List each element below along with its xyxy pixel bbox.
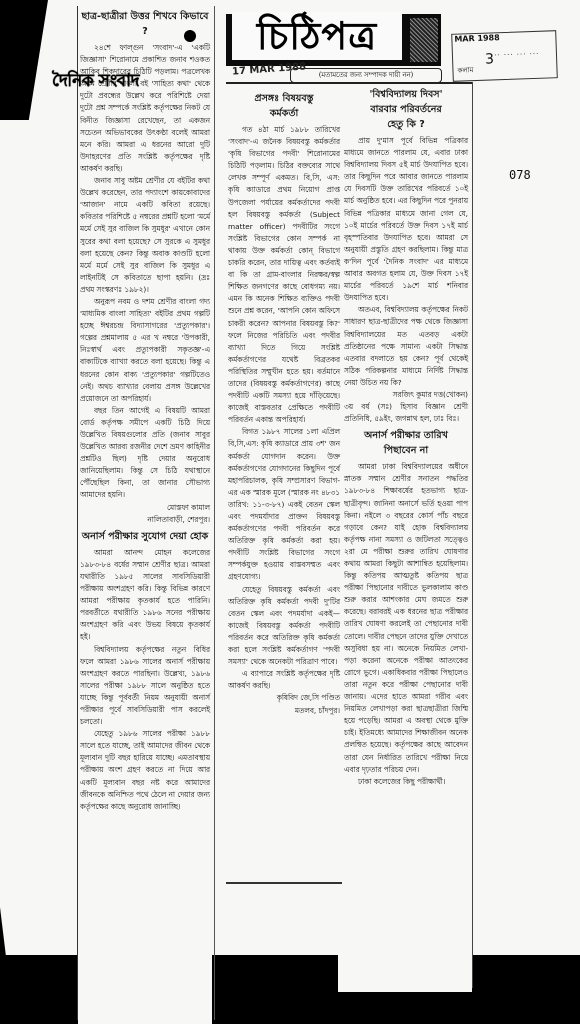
editor-disclaimer: (মতামতের জন্য সম্পাদক দায়ী নন) (290, 68, 442, 83)
letter-title-line: কর্মকর্তা (270, 108, 298, 119)
letter-title: প্রসঙ্গঃ বিষয়বস্তুকর্মকর্তা (228, 91, 340, 121)
middle-column-end-rule (226, 882, 342, 884)
archive-stamp-label: কলাম (457, 64, 473, 77)
letter-paragraph: গত ৪ঠা মার্চ ১৯৮৮ তারিখের 'সংবাদ'-এ জনৈক… (228, 124, 340, 426)
section-title: চিঠিপত্র (232, 12, 402, 60)
letter-paragraph: বিগত ১৯৮৭ সালের ১লা এপ্রিল বি,সি,এস: কৃষ… (228, 426, 340, 583)
section-masthead: চিঠিপত্র (226, 14, 441, 66)
letter-location: মতলব, চাঁদপুর। (228, 705, 340, 717)
letter-paragraph: প্রায় দু'মাস পূর্বে বিভিন্ন পত্রিকার মা… (344, 135, 468, 304)
letter-title: অনার্স পরীক্ষার তারিখপিছাবেন না (344, 428, 468, 458)
letter-title-line: হেতু কি ? (387, 119, 424, 130)
letter-signature: ঢাকা কলেজের কিছু পরীক্ষার্থী। (344, 776, 468, 788)
right-column: 'বিশ্ববিদ্যালয় দিবস'বারবার পরিবর্তনেরহে… (344, 84, 468, 788)
letter-title-line: 'বিশ্ববিদ্যালয় দিবস' (369, 89, 442, 100)
letter-title: 'বিশ্ববিদ্যালয় দিবস'বারবার পরিবর্তনেরহে… (344, 87, 468, 132)
letter-signature: কৃষিবিদ জে,সি পণ্ডিত (228, 692, 340, 704)
letter-signature: সরজিৎ কুমার দত্ত(খোকন) (344, 389, 468, 401)
letter-paragraph: আমরা ঢাকা বিশ্ববিদ্যালয়ের অধীনে স্নাতক … (344, 461, 468, 775)
letter-title: ছাত্র-ছাত্রীরা উত্তর শিখবে কিভাবে ? (80, 9, 210, 39)
page-number: 078 (509, 168, 531, 182)
letter-paragraph: অতএব, বিশ্ববিদ্যালয় কর্তৃপক্ষের নিকট সা… (344, 304, 468, 389)
letter-paragraph: যেহেতু ১৯৮৬ সালের পরীক্ষা ১৯৮৮ সালে হতে … (80, 728, 210, 813)
archive-stamp: MAR 1988 ... ... ... ... 3 কলাম (451, 30, 558, 82)
archive-stamp-dots: ... ... ... ... (491, 48, 540, 58)
masthead-hatch-decoration (410, 18, 438, 62)
letter-paragraph: বিশ্ববিদ্যালয় কর্তৃপক্ষের নতুন বিধির ফল… (80, 644, 210, 729)
archive-stamp-number: 3 (485, 51, 494, 67)
letter-paragraph: বছর তিন আগেই এ বিষয়টি আমরা বোর্ড কর্তৃপ… (80, 405, 210, 502)
letter-signature: মোস্তফা কামাল (80, 502, 210, 514)
letter-paragraph: জনাব সাবু অষ্টম শ্রেণীর যে বইটির কথা উল্… (80, 175, 210, 296)
middle-column: প্রসঙ্গঃ বিষয়বস্তুকর্মকর্তা গত ৪ঠা মার্… (228, 88, 340, 717)
letter-paragraph: অনুরূপ নবম ও দশম শ্রেণীর বাংলা গদ্য 'মাধ… (80, 296, 210, 405)
letter-paragraph: ২৪শে ফাল্গুন 'সংবাদ'-এ 'একটি জিজ্ঞাসা' শ… (80, 42, 210, 175)
letter-location: ৩য় বর্ষ (সঃ) হিসাব বিজ্ঞান শ্রেণী প্রতি… (344, 401, 468, 425)
letter-title: অনার্স পরীক্ষার সুযোগ দেয়া হোক (80, 529, 210, 544)
letter-location: নালিতাবাড়ী, শেরপুর। (80, 514, 210, 526)
letter-paragraph: এ ব্যাপারে সংশ্লিষ্ট কর্তৃপক্ষের দৃষ্টি … (228, 668, 340, 692)
letter-title-line: বারবার পরিবর্তনের (370, 104, 441, 115)
letter-title-line: অনার্স পরীক্ষার তারিখ (364, 430, 448, 441)
letter-paragraph: যেহেতু বিষয়বস্তু কর্মকর্তা এবং অতিরিক্ত… (228, 584, 340, 669)
archive-stamp-date: MAR 1988 (454, 33, 500, 44)
letter-title-line: পিছাবেন না (384, 445, 428, 456)
letter-paragraph: আমরা আনন্দ মোহন কলেজের ১৯৮৩-৮৪ বর্ষের সম… (80, 547, 210, 644)
letter-title-line: প্রসঙ্গঃ বিষয়বস্তু (255, 93, 314, 104)
left-column: ছাত্র-ছাত্রীরা উত্তর শিখবে কিভাবে ? ২৪শে… (80, 6, 210, 813)
